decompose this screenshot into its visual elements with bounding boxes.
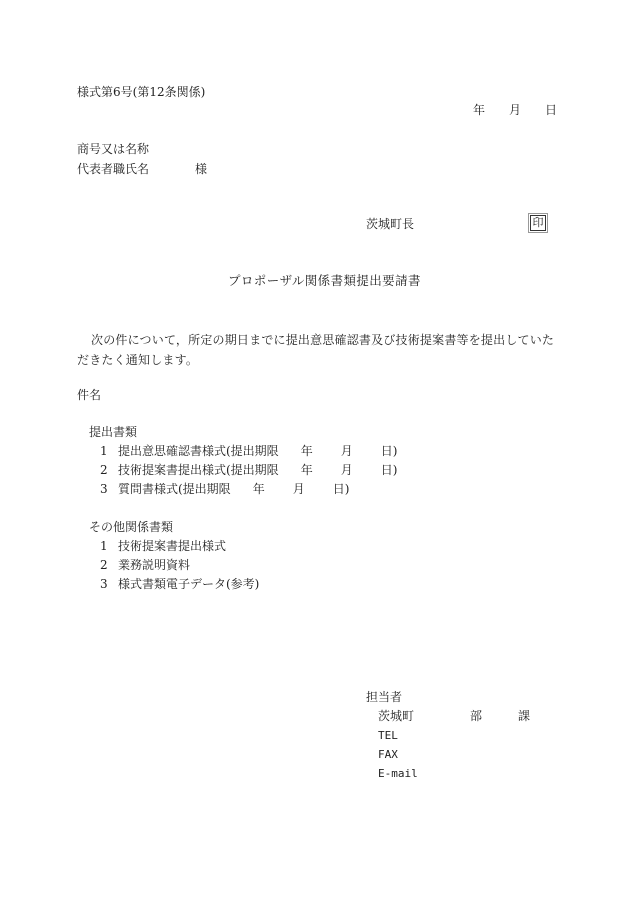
item-number: 3: [100, 577, 118, 591]
submission-item: 1提出意思確認書様式(提出期限年月日): [100, 444, 397, 458]
recipient-representative: 代表者職氏名様: [77, 162, 207, 176]
contact-email-label: E-mail: [378, 767, 418, 781]
date-line: 年月日: [473, 103, 557, 117]
document-body: 次の件について，所定の期日までに提出意思確認書及び技術提案書等を提出していただき…: [77, 330, 561, 370]
contact-section-label: 課: [518, 709, 530, 723]
form-number: 様式第6号(第12条関係): [77, 85, 205, 99]
item-name: 提出意思確認書様式(提出期限: [118, 444, 279, 458]
subject-label: 件名: [77, 388, 101, 402]
item-year: 年: [253, 482, 265, 496]
seal-stamp-icon: 印: [530, 215, 546, 231]
date-year-label: 年: [473, 103, 485, 117]
date-month-label: 月: [509, 103, 521, 117]
contact-title: 担当者: [366, 690, 402, 704]
item-year: 年: [301, 444, 313, 458]
other-documents-title: その他関係書類: [89, 520, 173, 534]
item-day: 日): [381, 463, 398, 477]
submission-documents-title: 提出書類: [89, 425, 137, 439]
item-name: 業務説明資料: [118, 558, 190, 572]
item-month: 月: [293, 482, 305, 496]
contact-fax-label: FAX: [378, 748, 398, 762]
item-number: 2: [100, 463, 118, 477]
item-month: 月: [341, 463, 353, 477]
item-name: 技術提案書提出様式: [118, 539, 226, 553]
other-document-item: 2業務説明資料: [100, 558, 190, 572]
item-number: 3: [100, 482, 118, 496]
recipient-company-label: 商号又は名称: [77, 142, 149, 156]
other-document-item: 1技術提案書提出様式: [100, 539, 226, 553]
submission-item: 2技術提案書提出様式(提出期限年月日): [100, 463, 397, 477]
other-document-item: 3様式書類電子データ(参考): [100, 577, 259, 591]
item-day: 日): [381, 444, 398, 458]
item-day: 日): [333, 482, 350, 496]
contact-org-line: 茨城町部課: [378, 709, 530, 723]
item-name: 様式書類電子データ(参考): [118, 577, 259, 591]
item-year: 年: [301, 463, 313, 477]
issuer-name: 茨城町長: [366, 217, 414, 231]
honorific: 様: [195, 162, 207, 176]
contact-org: 茨城町: [378, 709, 414, 723]
submission-item: 3質問書様式(提出期限年月日): [100, 482, 349, 496]
item-name: 技術提案書提出様式(提出期限: [118, 463, 279, 477]
item-number: 1: [100, 539, 118, 553]
document-title: プロポーザル関係書類提出要請書: [228, 274, 421, 288]
item-name: 質問書様式(提出期限: [118, 482, 231, 496]
item-number: 1: [100, 444, 118, 458]
contact-tel-label: TEL: [378, 729, 398, 743]
date-day-label: 日: [545, 103, 557, 117]
recipient-representative-label: 代表者職氏名: [77, 162, 149, 176]
item-number: 2: [100, 558, 118, 572]
item-month: 月: [341, 444, 353, 458]
contact-dept-label: 部: [470, 709, 482, 723]
